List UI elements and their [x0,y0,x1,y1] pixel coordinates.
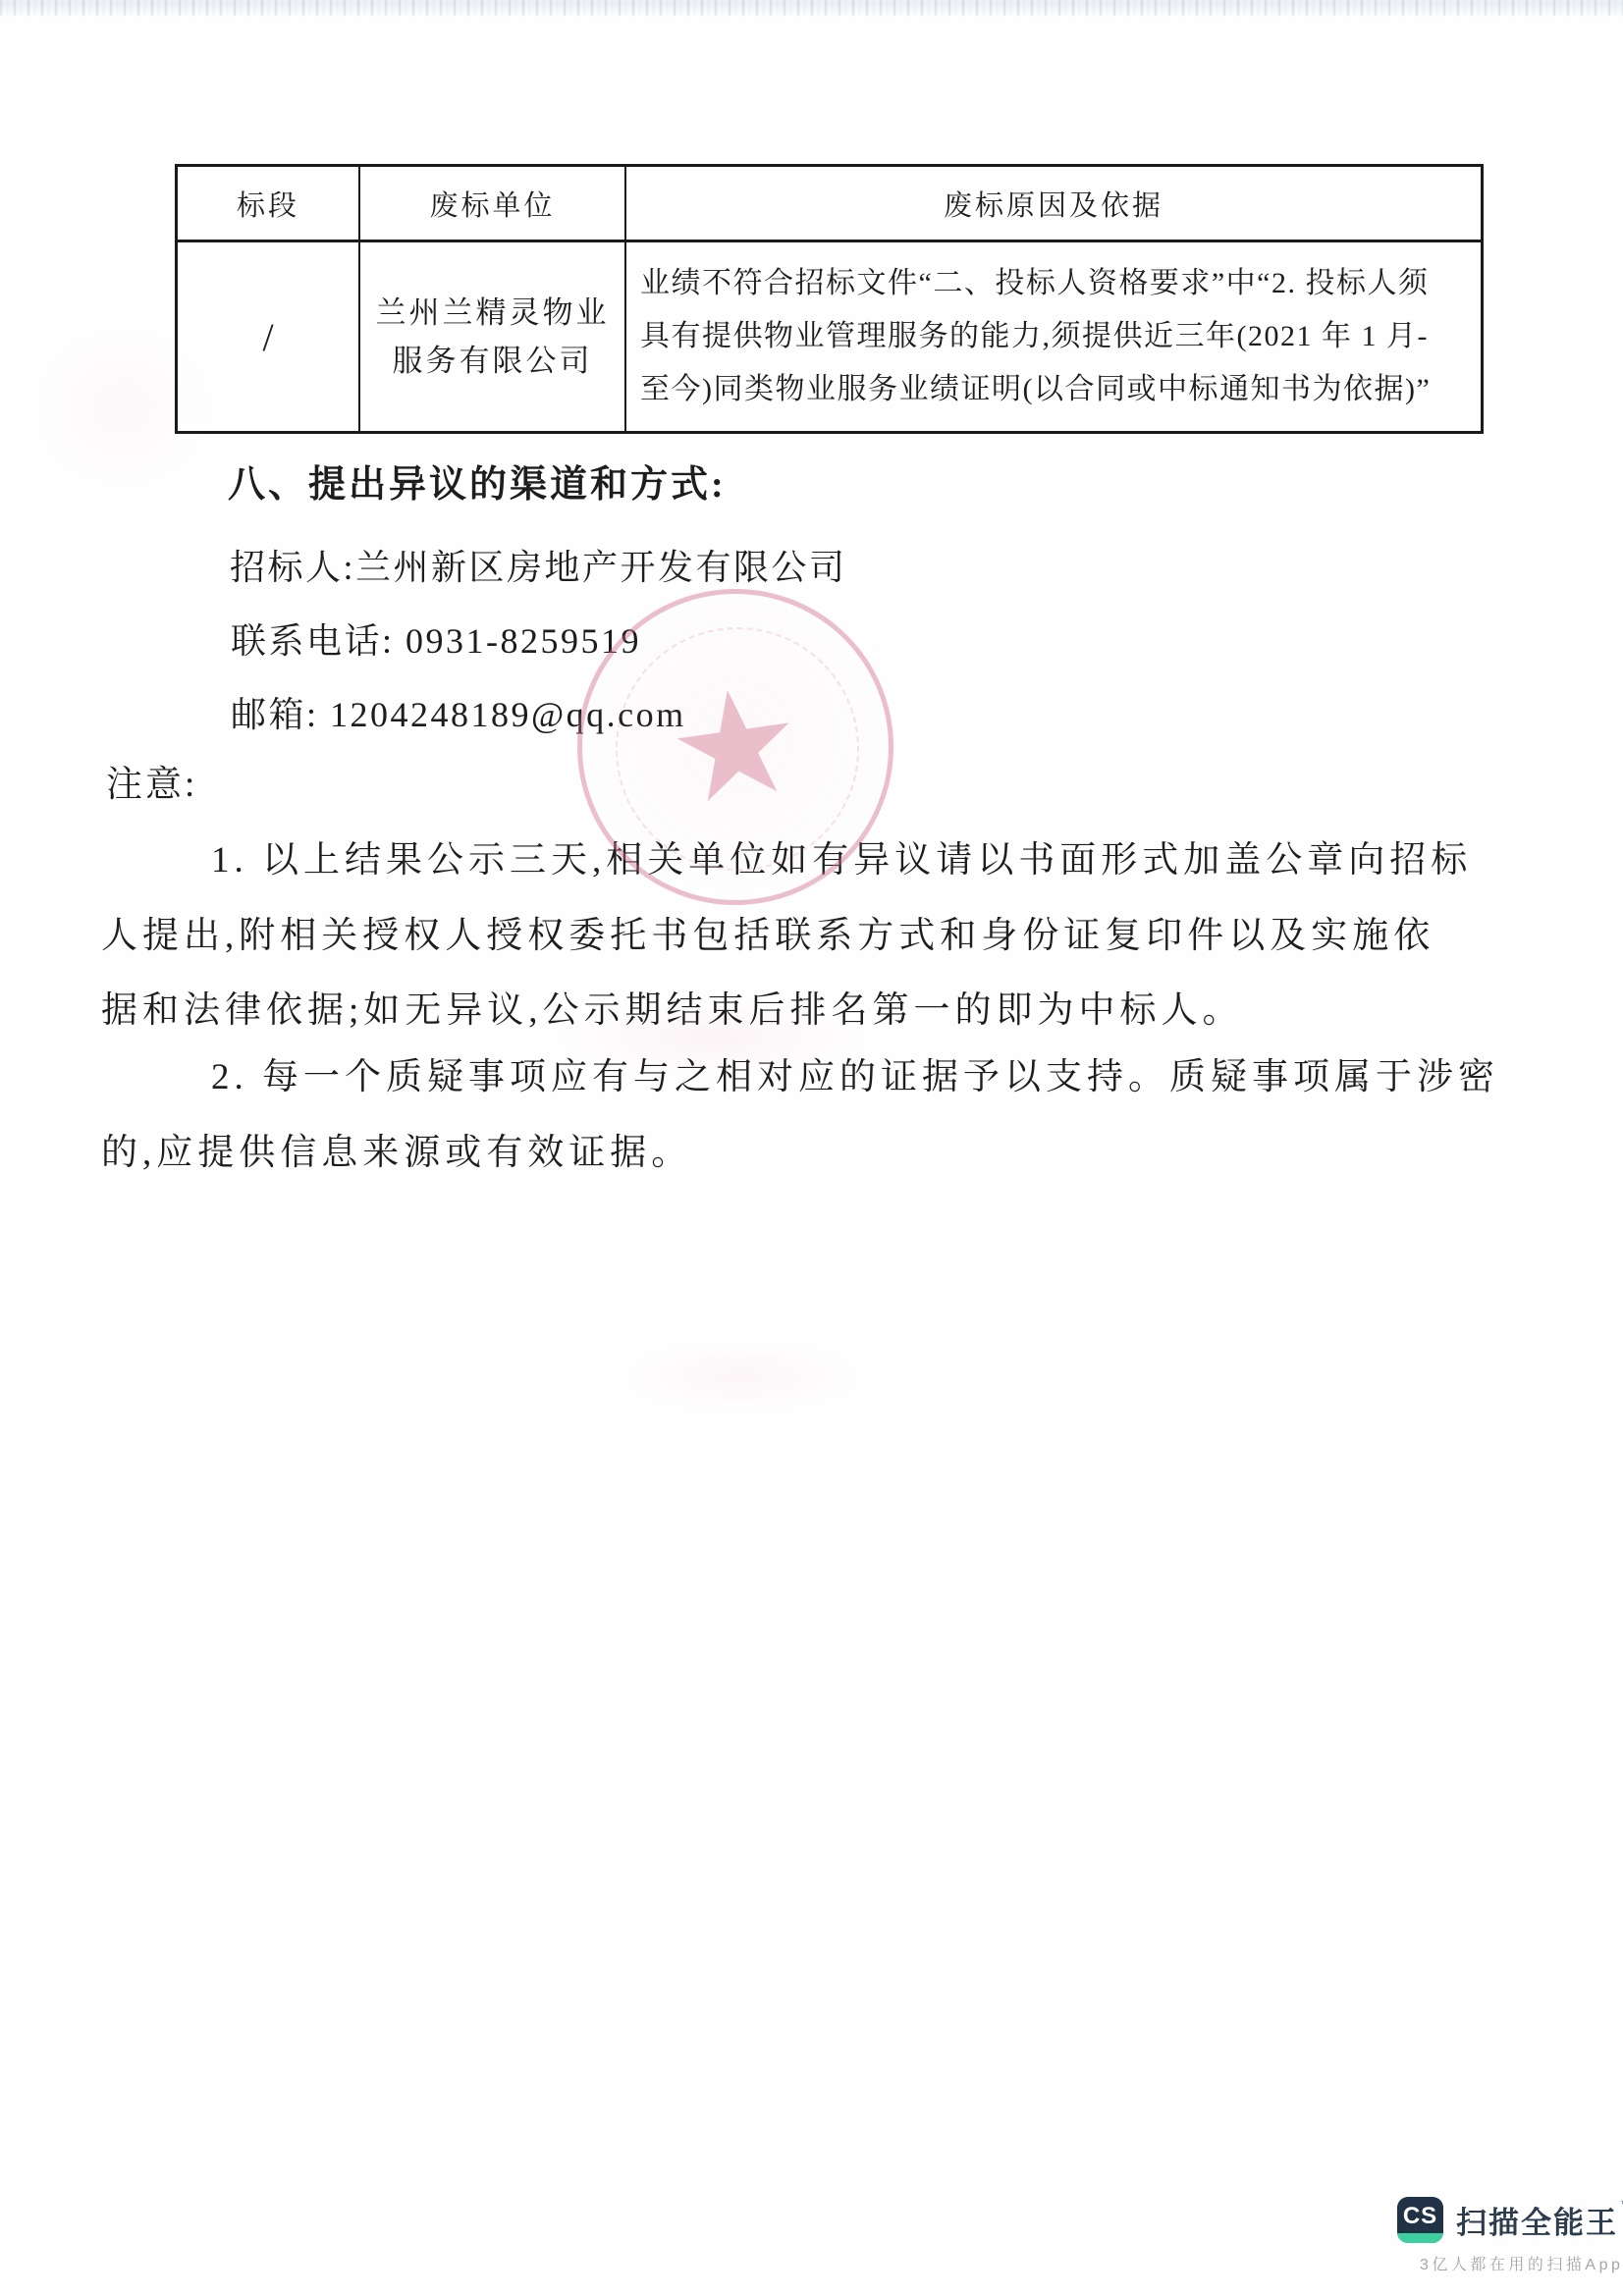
scan-smudge [619,1340,864,1414]
camscanner-title-text: 扫描全能王 [1456,2206,1618,2240]
column-header-section: 标段 [177,166,360,241]
camscanner-app-icon: CS [1397,2197,1443,2243]
table-header-row: 标段 废标单位 废标原因及依据 [177,166,1483,241]
cell-reason: 业绩不符合招标文件“二、投标人资格要求”中“2. 投标人须 具有提供物业管理服务… [625,241,1483,433]
camscanner-logo-row: CS 扫描全能王™ [1397,2197,1623,2243]
reason-line: 至今)同类物业服务业绩证明(以合同或中标通知书为依据)” [640,363,1471,416]
reason-line: 业绩不符合招标文件“二、投标人资格要求”中“2. 投标人须 [640,257,1471,310]
table-row: / 兰州兰精灵物业 服务有限公司 业绩不符合招标文件“二、投标人资格要求”中“2… [177,241,1483,433]
notice-label: 注意: [106,754,197,807]
scan-artifact-top [0,0,1623,16]
section-heading: 八、提出异议的渠道和方式: [228,454,727,507]
unit-name-line: 服务有限公司 [361,337,623,385]
cs-icon-accent-bar [1397,2233,1443,2243]
camscanner-title: 扫描全能王™ [1456,2198,1623,2242]
cell-section: / [177,241,360,433]
notice-paragraph-2-line: 2. 每一个质疑事项应有与之相对应的证据予以支持。质疑事项属于涉密 [101,1046,1499,1099]
notice-paragraph-2-line: 的,应提供信息来源或有效证据。 [101,1122,692,1175]
notice-paragraph-1-line: 据和法律依据;如无异议,公示期结束后排名第一的即为中标人。 [101,980,1244,1033]
official-red-stamp: ★ [577,589,893,905]
cell-unit: 兰州兰精灵物业 服务有限公司 [359,241,625,433]
rejected-bid-table: 标段 废标单位 废标原因及依据 / 兰州兰精灵物业 服务有限公司 业绩不符合招标… [175,164,1484,434]
camscanner-watermark: CS 扫描全能王™ 3亿人都在用的扫描App [1397,2197,1623,2274]
column-header-reason: 废标原因及依据 [625,166,1483,241]
notice-paragraph-1-line: 人提出,附相关授权人授权委托书包括联系方式和身份证复印件以及实施依 [101,905,1434,958]
stamp-star-icon: ★ [563,574,908,920]
camscanner-subtitle: 3亿人都在用的扫描App [1397,2252,1623,2274]
unit-name-line: 兰州兰精灵物业 [361,289,623,337]
scanned-document-page: 标段 废标单位 废标原因及依据 / 兰州兰精灵物业 服务有限公司 业绩不符合招标… [0,0,1623,2296]
tenderer-line: 招标人:兰州新区房地产开发有限公司 [230,540,847,590]
reason-line: 具有提供物业管理服务的能力,须提供近三年(2021 年 1 月- [640,310,1471,363]
column-header-unit: 废标单位 [359,166,625,241]
cs-icon-letters: CS [1397,2198,1443,2234]
